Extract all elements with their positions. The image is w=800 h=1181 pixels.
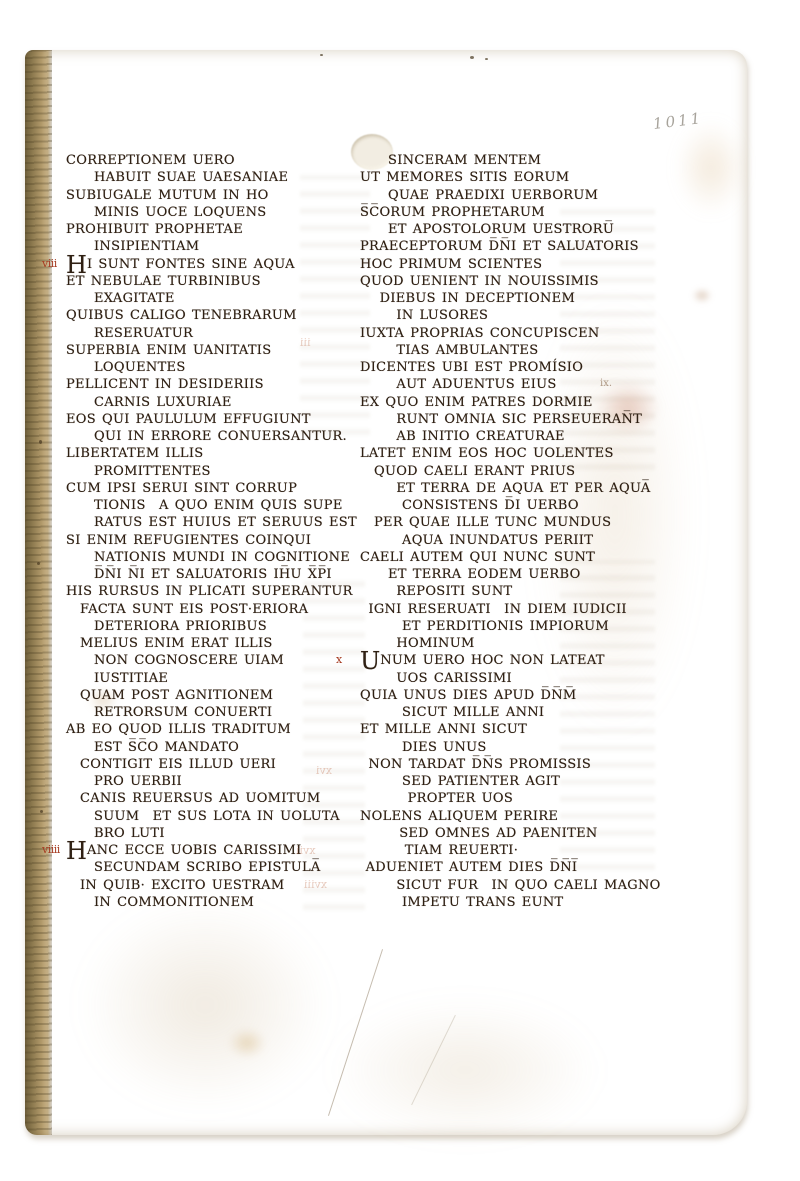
manuscript-line: PROPTER UOS [360,790,662,807]
photograph-of-manuscript: 1011 CORREPTIONEM UEROHABUIT SUAE UAESAN… [0,0,800,1181]
manuscript-line: S̅C̅ORUM PROPHETARUM [360,204,662,221]
manuscript-line: SECUNDAM SCRIBO EPISTULA̅ [66,859,368,876]
manuscript-line: ET TERRA DE AQUA ET PER AQUA̅ [360,480,662,497]
marginal-mark: xvii [296,844,315,857]
speck [320,54,323,56]
manuscript-line: NATIONIS MUNDI IN COGNITIONE [66,549,368,566]
manuscript-line: AB EO QUOD ILLIS TRADITUM [66,721,368,738]
manuscript-line: IN COMMONITIONEM [66,894,368,911]
manuscript-line: AUT ADUENTUS EIUS [360,376,662,393]
manuscript-line: MELIUS ENIM ERAT ILLIS [66,635,368,652]
manuscript-line: SED OMNES AD PAENITEN [360,825,662,842]
manuscript-line: FACTA SUNT EIS POST·ERIORA [66,601,368,618]
manuscript-line: SUUM ET SUS LOTA IN UOLUTA [66,808,368,825]
manuscript-line: DIES UNUS [360,739,662,756]
manuscript-line: CANIS REUERSUS AD UOMITUM [66,790,368,807]
manuscript-line: QUIA UNUS DIES APUD D̅N̅M̅ [360,687,662,704]
manuscript-line: DETERIORA PRIORIBUS [66,618,368,635]
marginal-mark: ix. [600,378,612,389]
manuscript-line: QUAE PRAEDIXI UERBORUM [360,187,662,204]
manuscript-line: EXAGITATE [66,290,368,307]
manuscript-line: IUXTA PROPRIAS CONCUPISCEN [360,325,662,342]
manuscript-line: ET TERRA EODEM UERBO [360,566,662,583]
manuscript-line: NON COGNOSCERE UIAM [66,652,368,669]
speck [485,58,488,60]
manuscript-line: DIEBUS IN DECEPTIONEM [360,290,662,307]
manuscript-line: SICUT MILLE ANNI [360,704,662,721]
manuscript-line: EST S̅C̅O MANDATO [66,739,368,756]
manuscript-line: SUBIUGALE MUTUM IN HO [66,187,368,204]
folio-number: 1011 [652,109,704,133]
manuscript-line: RETRORSUM CONUERTI [66,704,368,721]
speck [40,810,43,813]
manuscript-line: UT MEMORES SITIS EORUM [360,169,662,186]
manuscript-line: SUPERBIA ENIM UANITATIS [66,342,368,359]
chapter-numeral: viiii [42,844,60,855]
manuscript-line: PER QUAE ILLE TUNC MUNDUS [360,514,662,531]
manuscript-line: EX QUO ENIM PATRES DORMIE [360,394,662,411]
manuscript-line: PROMITTENTES [66,463,368,480]
manuscript-line: PROHIBUIT PROPHETAE [66,221,368,238]
speck [470,56,474,59]
manuscript-line: SICUT FUR IN QUO CAELI MAGNO [360,877,662,894]
manuscript-line: QUOD CAELI ERANT PRIUS [360,463,662,480]
manuscript-line: LATET ENIM EOS HOC UOLENTES [360,445,662,462]
speck [39,440,42,444]
manuscript-line: ET APOSTOLORUM UESTRORU̅ [360,221,662,238]
manuscript-line: LIBERTATEM ILLIS [66,445,368,462]
manuscript-line: QUAM POST AGNITIONEM [66,687,368,704]
manuscript-line: CARNIS LUXURIAE [66,394,368,411]
manuscript-line: HABUIT SUAE UAESANIAE [66,169,368,186]
manuscript-line: ADUENIET AUTEM DIES D̅N̅I̅ [360,859,662,876]
crease-line [411,1015,456,1105]
manuscript-line: SED PATIENTER AGIT [360,773,662,790]
manuscript-line: ET MILLE ANNI SICUT [360,721,662,738]
stain [692,288,712,303]
manuscript-line: REPOSITI SUNT [360,583,662,600]
manuscript-page: 1011 CORREPTIONEM UEROHABUIT SUAE UAESAN… [25,50,747,1135]
manuscript-line: QUIBUS CALIGO TENEBRARUM [66,307,368,324]
manuscript-line: TIONIS A QUO ENIM QUIS SUPE [66,497,368,514]
chapter-numeral: viii [42,258,57,269]
manuscript-line: UOS CARISSIMI [360,670,662,687]
manuscript-line: HOC PRIMUM SCIENTES [360,256,662,273]
manuscript-line: AB INITIO CREATURAE [360,428,662,445]
binding-edge [25,50,52,1135]
manuscript-line: DICENTES UBI EST PROMÍSIO [360,359,662,376]
marginal-mark: xvi [316,764,332,777]
stain [80,900,330,1110]
manuscript-line: MINIS UOCE LOQUENS [66,204,368,221]
manuscript-line: LOQUENTES [66,359,368,376]
manuscript-line: CORREPTIONEM UERO [66,152,368,169]
manuscript-line: RATUS EST HUIUS ET SERUUS EST [66,514,368,531]
stain [330,1000,600,1140]
manuscript-line: viiiiHANC ECCE UOBIS CARISSIMI [66,842,368,859]
manuscript-line: RUNT OMNIA SIC PERSEUERAN̅T [360,411,662,428]
manuscript-line: ET NEBULAE TURBINIBUS [66,273,368,290]
manuscript-line: ET PERDITIONIS IMPIORUM [360,618,662,635]
manuscript-line: D̅N̅I N̅I ET SALUATORIS IH̅U X̅P̅I [66,566,368,583]
manuscript-line: AQUA INUNDATUS PERIIT [360,532,662,549]
manuscript-line: IUSTITIAE [66,670,368,687]
manuscript-line: HOMINUM [360,635,662,652]
text-column-left: CORREPTIONEM UEROHABUIT SUAE UAESANIAESU… [66,152,368,911]
manuscript-line: NOLENS ALIQUEM PERIRE [360,808,662,825]
manuscript-line: QUI IN ERRORE CONUERSANTUR. [66,428,368,445]
manuscript-line: IN LUSORES [360,307,662,324]
stain [676,120,746,215]
marginal-mark: xviii [304,878,327,891]
manuscript-line: xUNUM UERO HOC NON LATEAT [360,652,662,669]
manuscript-line: viiiHI SUNT FONTES SINE AQUA [66,256,368,273]
manuscript-line: TIAS AMBULANTES [360,342,662,359]
text-column-right: SINCERAM MENTEMUT MEMORES SITIS EORUMQUA… [360,152,662,911]
manuscript-line: IGNI RESERUATI IN DIEM IUDICII [360,601,662,618]
speck [37,562,40,565]
marginal-mark: iii [300,336,311,349]
manuscript-line: HIS RURSUS IN PLICATI SUPERANTUR [66,583,368,600]
manuscript-line: EOS QUI PAULULUM EFFUGIUNT [66,411,368,428]
manuscript-line: SI ENIM REFUGIENTES COINQUI [66,532,368,549]
manuscript-line: CONSISTENS D̅I UERBO [360,497,662,514]
manuscript-line: RESERUATUR [66,325,368,342]
manuscript-line: PRAECEPTORUM D̅N̅I ET SALUATORIS [360,238,662,255]
manuscript-line: SINCERAM MENTEM [360,152,662,169]
manuscript-line: QUOD UENIENT IN NOUISSIMIS [360,273,662,290]
crease-line [328,949,383,1116]
stain [228,1028,266,1058]
manuscript-line: TIAM REUERTI· [360,842,662,859]
manuscript-line: CAELI AUTEM QUI NUNC SUNT [360,549,662,566]
manuscript-line: INSIPIENTIAM [66,238,368,255]
chapter-numeral: x [336,654,342,665]
manuscript-line: CUM IPSI SERUI SINT CORRUP [66,480,368,497]
manuscript-line: NON TARDAT D̅N̅S PROMISSIS [360,756,662,773]
manuscript-line: IMPETU TRANS EUNT [360,894,662,911]
manuscript-line: PELLICENT IN DESIDERIIS [66,376,368,393]
manuscript-line: BRO LUTI [66,825,368,842]
